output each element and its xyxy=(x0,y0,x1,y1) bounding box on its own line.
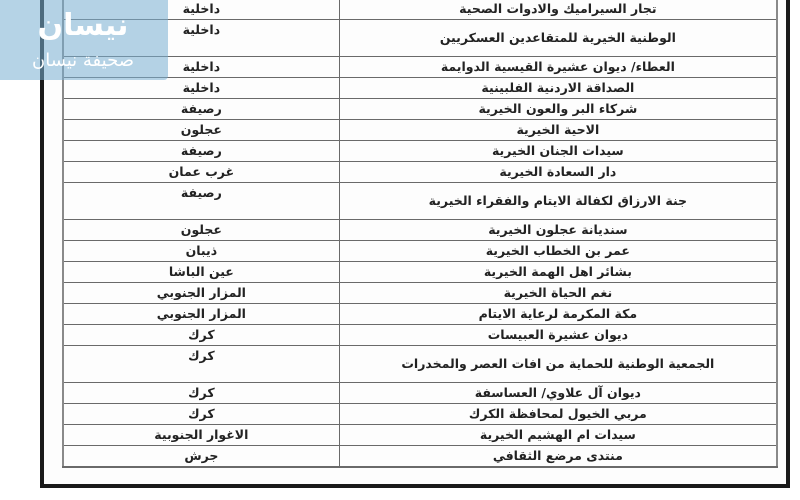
location-cell: المزار الجنوبي xyxy=(63,283,339,304)
associations-table: تجار السيراميك والادوات الصحيةداخليةالوط… xyxy=(62,0,778,468)
table-row: مربي الخيول لمحافظة الكرككرك xyxy=(63,404,777,425)
association-name-cell: ديوان آل علاوي/ العساسفة xyxy=(339,383,777,404)
table-row: الجمعية الوطنية للحماية من افات العصر وا… xyxy=(63,346,777,383)
location-cell: عجلون xyxy=(63,220,339,241)
location-cell: المزار الجنوبي xyxy=(63,304,339,325)
associations-table-wrapper: تجار السيراميك والادوات الصحيةداخليةالوط… xyxy=(62,0,778,468)
table-row: جنة الارزاق لكفالة الايتام والفقراء الخي… xyxy=(63,183,777,220)
location-cell: الاغوار الجنوبية xyxy=(63,425,339,446)
table-row: الاحية الخيريةعجلون xyxy=(63,120,777,141)
association-name-cell: الجمعية الوطنية للحماية من افات العصر وا… xyxy=(339,346,777,383)
association-name-cell: مربي الخيول لمحافظة الكرك xyxy=(339,404,777,425)
table-row: العطاء/ ديوان عشيرة القيسية الدوايمةداخل… xyxy=(63,57,777,78)
location-cell: رصيفة xyxy=(63,99,339,120)
location-cell: عين الباشا xyxy=(63,262,339,283)
table-row: نغم الحياة الخيريةالمزار الجنوبي xyxy=(63,283,777,304)
location-cell: رصيفة xyxy=(63,183,339,220)
table-row: مكة المكرمة لرعاية الايتامالمزار الجنوبي xyxy=(63,304,777,325)
location-cell: كرك xyxy=(63,404,339,425)
association-name-cell: تجار السيراميك والادوات الصحية xyxy=(339,0,777,20)
table-row: منتدى مرضع الثقافيجرش xyxy=(63,446,777,468)
table-row: ديوان آل علاوي/ العساسفةكرك xyxy=(63,383,777,404)
table-row: الوطنية الخيرية للمتقاعدين العسكريينداخل… xyxy=(63,20,777,57)
association-name-cell: شركاء البر والعون الخيرية xyxy=(339,99,777,120)
table-row: دار السعادة الخيريةغرب عمان xyxy=(63,162,777,183)
association-name-cell: نغم الحياة الخيرية xyxy=(339,283,777,304)
association-name-cell: منتدى مرضع الثقافي xyxy=(339,446,777,468)
location-cell: رصيفة xyxy=(63,141,339,162)
table-row: تجار السيراميك والادوات الصحيةداخلية xyxy=(63,0,777,20)
watermark-logo: نيسان xyxy=(8,6,158,46)
location-cell: كرك xyxy=(63,346,339,383)
association-name-cell: دار السعادة الخيرية xyxy=(339,162,777,183)
location-cell: جرش xyxy=(63,446,339,468)
table-row: سيدات الجنان الخيريةرصيفة xyxy=(63,141,777,162)
association-name-cell: عمر بن الخطاب الخيرية xyxy=(339,241,777,262)
association-name-cell: العطاء/ ديوان عشيرة القيسية الدوايمة xyxy=(339,57,777,78)
table-row: ديوان عشيرة العبيساتكرك xyxy=(63,325,777,346)
association-name-cell: سنديانة عجلون الخيرية xyxy=(339,220,777,241)
location-cell: داخلية xyxy=(63,78,339,99)
table-row: الصداقة الاردنية الفلبينيةداخلية xyxy=(63,78,777,99)
association-name-cell: ديوان عشيرة العبيسات xyxy=(339,325,777,346)
association-name-cell: سيدات الجنان الخيرية xyxy=(339,141,777,162)
associations-table-body: تجار السيراميك والادوات الصحيةداخليةالوط… xyxy=(63,0,777,467)
table-row: سيدات ام الهشيم الخيريةالاغوار الجنوبية xyxy=(63,425,777,446)
table-row: عمر بن الخطاب الخيريةذيبان xyxy=(63,241,777,262)
watermark-subtitle: صحيفة نيسان xyxy=(8,48,158,74)
location-cell: كرك xyxy=(63,383,339,404)
association-name-cell: الوطنية الخيرية للمتقاعدين العسكريين xyxy=(339,20,777,57)
association-name-cell: الاحية الخيرية xyxy=(339,120,777,141)
association-name-cell: سيدات ام الهشيم الخيرية xyxy=(339,425,777,446)
association-name-cell: الصداقة الاردنية الفلبينية xyxy=(339,78,777,99)
association-name-cell: جنة الارزاق لكفالة الايتام والفقراء الخي… xyxy=(339,183,777,220)
location-cell: كرك xyxy=(63,325,339,346)
location-cell: ذيبان xyxy=(63,241,339,262)
association-name-cell: مكة المكرمة لرعاية الايتام xyxy=(339,304,777,325)
association-name-cell: بشائر اهل الهمة الخيرية xyxy=(339,262,777,283)
location-cell: غرب عمان xyxy=(63,162,339,183)
location-cell: عجلون xyxy=(63,120,339,141)
table-row: بشائر اهل الهمة الخيريةعين الباشا xyxy=(63,262,777,283)
watermark: نيسان صحيفة نيسان xyxy=(0,0,168,80)
table-row: سنديانة عجلون الخيريةعجلون xyxy=(63,220,777,241)
table-row: شركاء البر والعون الخيريةرصيفة xyxy=(63,99,777,120)
